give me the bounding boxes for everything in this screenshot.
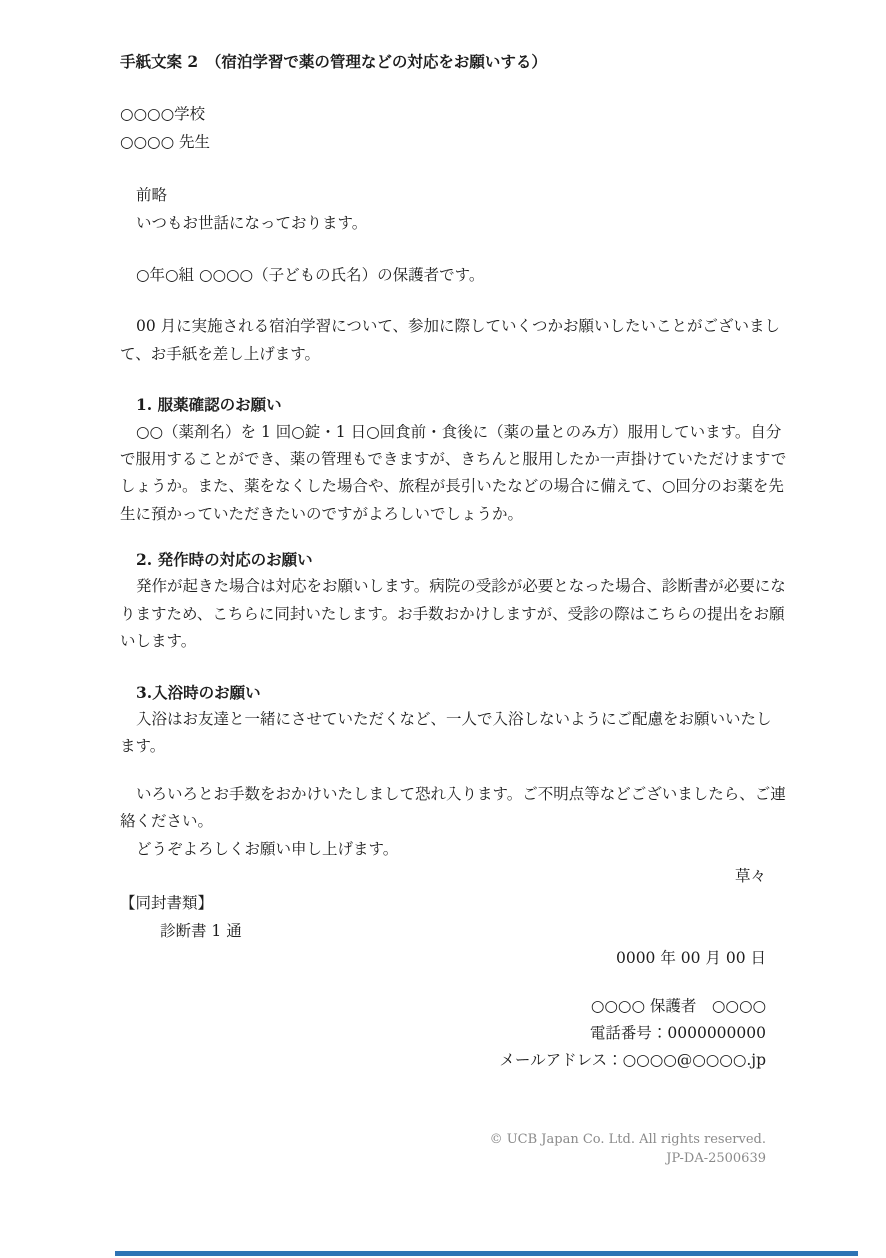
- enclosure-heading: 【同封書類】: [120, 890, 766, 917]
- section-1-heading: 1. 服薬確認のお願い: [120, 391, 766, 418]
- section-2-line: りますため、こちらに同封いたします。お手数おかけしますが、受診の際はこちらの提出…: [120, 601, 766, 628]
- section-1-line: 生に預かっていただきたいのですがよろしいでしょうか。: [120, 501, 766, 528]
- sender-name-line: ○○○○ 保護者 ○○○○: [120, 993, 766, 1020]
- intro-line: て、お手紙を差し上げます。: [120, 341, 766, 368]
- closing-line: 絡ください。: [120, 808, 766, 835]
- section-2-line: いします。: [120, 628, 766, 655]
- section-3-line: ます。: [120, 733, 766, 760]
- opening-word: 前略: [120, 182, 766, 209]
- copyright-notice: © UCB Japan Co. Ltd. All rights reserved…: [120, 1130, 766, 1149]
- closing-line: いろいろとお手数をおかけいたしまして恐れ入ります。ご不明点等などございましたら、…: [120, 781, 766, 808]
- bottom-accent-bar: [115, 1251, 858, 1256]
- section-1-line: ○○（薬剤名）を 1 回○錠・1 日○回食前・食後に（薬の量とのみ方）服用してい…: [120, 419, 766, 446]
- section-3-heading: 3.入浴時のお願い: [120, 679, 766, 706]
- recipient-school: ○○○○学校: [120, 101, 766, 128]
- sender-email-line: メールアドレス：○○○○@○○○○.jp: [120, 1047, 766, 1074]
- section-1-line: しょうか。また、薬をなくした場合や、旅程が長引いたなどの場合に備えて、○回分のお…: [120, 473, 766, 500]
- document-code: JP-DA-2500639: [120, 1149, 766, 1168]
- letter-page: 手紙文案 2 （宿泊学習で薬の管理などの対応をお願いする） ○○○○学校 ○○○…: [0, 0, 886, 1258]
- enclosure-item: 診断書 1 通: [120, 918, 766, 945]
- sender-phone-line: 電話番号：0000000000: [120, 1020, 766, 1047]
- section-1-line: で服用することができ、薬の管理もできますが、きちんと服用したか一声掛けていただけ…: [120, 446, 766, 473]
- intro-line: 00 月に実施される宿泊学習について、参加に際していくつかお願いしたいことがござ…: [120, 313, 766, 340]
- recipient-teacher: ○○○○ 先生: [120, 129, 766, 156]
- letter-date: 0000 年 00 月 00 日: [120, 945, 766, 972]
- closing-line: どうぞよろしくお願い申し上げます。: [120, 836, 766, 863]
- greeting-line: いつもお世話になっております。: [120, 210, 766, 237]
- sender-identity-line: ○年○組 ○○○○（子どもの氏名）の保護者です。: [120, 262, 766, 289]
- section-2-heading: 2. 発作時の対応のお願い: [120, 546, 766, 573]
- section-3-line: 入浴はお友達と一緒にさせていただくなど、一人で入浴しないようにご配慮をお願いいた…: [120, 706, 766, 733]
- section-2-line: 発作が起きた場合は対応をお願いします。病院の受診が必要となった場合、診断書が必要…: [120, 573, 766, 600]
- page-footer: © UCB Japan Co. Ltd. All rights reserved…: [120, 1130, 766, 1168]
- sign-off: 草々: [120, 863, 766, 890]
- page-title: 手紙文案 2 （宿泊学習で薬の管理などの対応をお願いする）: [120, 48, 766, 75]
